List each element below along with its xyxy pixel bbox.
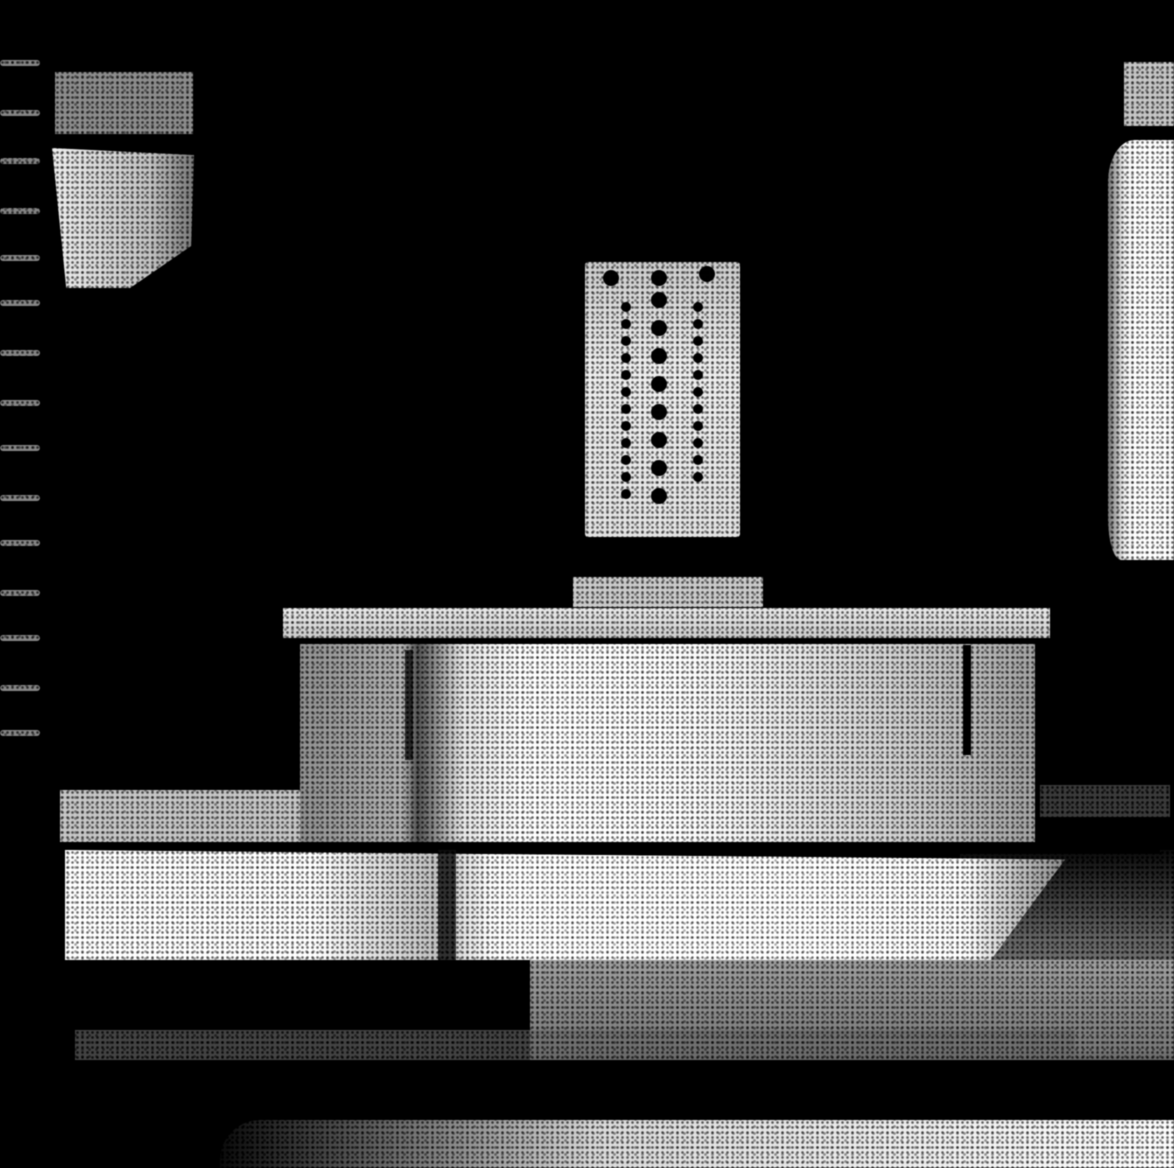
wall-brick (0, 110, 40, 116)
right-stone-pillar (1108, 140, 1174, 560)
wall-brick (0, 540, 40, 546)
lower-step-edge (75, 1030, 1075, 1060)
wall-brick (0, 495, 40, 501)
upper-step-left (60, 790, 300, 850)
wall-brick (0, 635, 40, 641)
left-stone-block-top (55, 72, 193, 134)
wall-brick (0, 685, 40, 691)
inscription-column (651, 292, 661, 516)
inscription-heading (699, 266, 709, 294)
wall-brick (0, 208, 40, 214)
foreground-ground (220, 1120, 1174, 1168)
memorial-tablet (585, 262, 740, 537)
wall-brick (0, 350, 40, 356)
stone-fragment (1040, 785, 1170, 817)
inscription-column (621, 302, 631, 506)
inscription-heading (603, 270, 613, 298)
wall-brick (0, 730, 40, 736)
wall-brick (0, 60, 40, 66)
monument-photograph (0, 0, 1174, 1168)
tablet-neck (573, 577, 763, 607)
ground-dark-band (0, 1060, 1174, 1120)
plinth-groove (963, 645, 971, 755)
main-step (65, 850, 1065, 968)
left-stone-block (52, 148, 194, 288)
step-joint (438, 850, 456, 975)
plinth-groove (405, 650, 413, 760)
inscription-column (693, 302, 703, 489)
wall-brick (0, 400, 40, 406)
wall-brick (0, 445, 40, 451)
wall-brick (0, 590, 40, 596)
right-stone-block-top (1124, 62, 1174, 126)
wall-brick (0, 158, 40, 164)
plinth-cap (283, 608, 1050, 644)
wall-brick (0, 255, 40, 261)
inscription-heading (651, 270, 661, 298)
wall-brick (0, 300, 40, 306)
